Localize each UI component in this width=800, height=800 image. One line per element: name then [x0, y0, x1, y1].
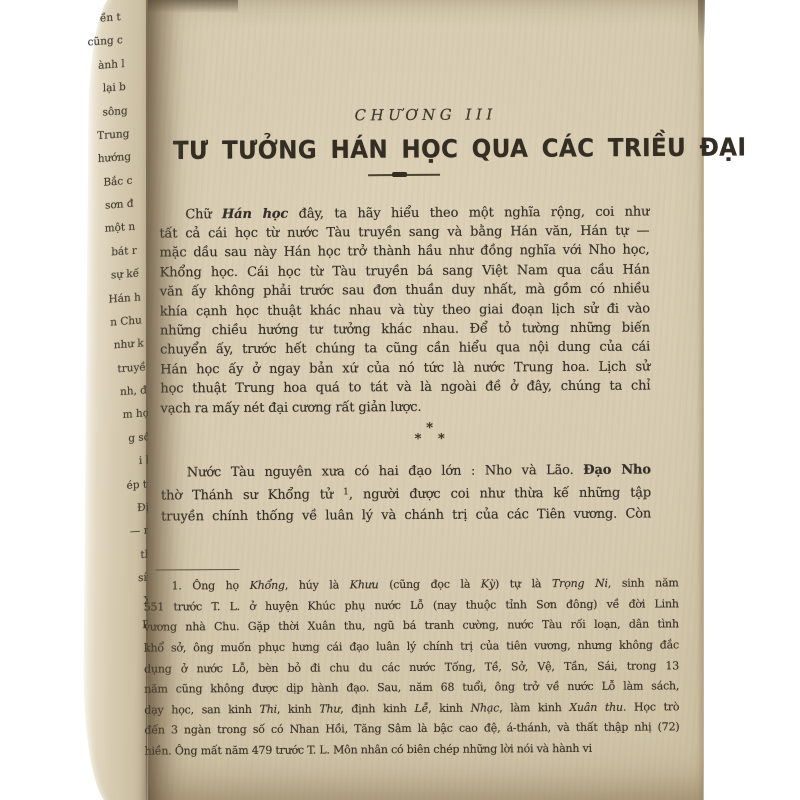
book-photo: ền tcũng cành llại bsôngTrunghướngBắc cs… [0, 0, 800, 800]
italic-name: Trọng Ni [552, 577, 608, 590]
paragraph-1-lines: tất cả cái học từ nước Tàu truyền sang v… [159, 221, 650, 418]
text-run: , kinh [428, 701, 471, 714]
body-text-line: vạch ra mấy nét đại cương rất giản lược. [160, 396, 650, 418]
footnote-middle-lines: 551 trước T. L. ở huyện Khúc phụ nước Lỗ… [144, 594, 680, 700]
page-right-edge [697, 0, 704, 800]
text-fragment: Bắc c [103, 174, 132, 188]
italic-book-name: Xuân thu [569, 700, 623, 713]
page-content: CHƯƠNG III TƯ TƯỞNG HÁN HỌC QUA CÁC TRIỀ… [158, 0, 653, 762]
asterism-bottom: * * [161, 433, 651, 447]
text-run: , người được coi như thừa kế những tập [349, 486, 651, 503]
body-text-line: truyền chính thống về luân lý và chánh t… [161, 504, 651, 528]
italic-name: Kỳ [481, 578, 495, 591]
footnote: 1. Ông họ Khổng, húy là Khưu (cũng đọc l… [144, 574, 680, 763]
italic-book-name: Lễ [414, 702, 428, 715]
asterism-separator: * * * [161, 422, 651, 447]
italic-name: Khổng [250, 579, 285, 592]
paragraph-2: Nước Tàu nguyên xưa có hai đạo lớn : Nho… [161, 460, 651, 528]
page-corner-shadow [698, 0, 705, 48]
text-fragment: sơn đ [105, 198, 134, 212]
text-run: 1. Ông họ [172, 579, 250, 592]
text-run: thờ Thánh sư Khổng tử [161, 487, 343, 503]
italic-book-name: Nhạc [471, 701, 500, 714]
footnote-line: hiền. Ông mất năm 479 trước T. L. Môn nh… [145, 738, 680, 762]
text-run: , định kinh [340, 702, 414, 715]
body-text-line: học thuật Trung hoa quá to tát và là ngo… [160, 377, 650, 399]
footnote-line: đến 3 ngàn trong số có Nhan Hồi, Tăng Sâ… [144, 718, 679, 742]
bold-text: Đạo Nho [583, 463, 651, 478]
italic-book-name: Thi [260, 703, 277, 716]
text-run: . Học trò [623, 700, 679, 713]
chapter-title: TƯ TƯỞNG HÁN HỌC QUA CÁC TRIỀU ĐẠI [159, 134, 649, 165]
footnote-line: khổ sở, ông muốn phục hưng cái đạo luân … [144, 635, 679, 659]
text-run: , húy là [285, 579, 350, 592]
text-run: , kinh [277, 702, 320, 715]
text-run: Chữ [185, 207, 222, 222]
text-fragment: n Chu [110, 314, 142, 328]
text-fragment: hướng [97, 151, 130, 165]
footnote-divider [155, 569, 239, 571]
text-run: đây, ta hãy hiểu theo một nghĩa rộng, co… [288, 204, 649, 221]
text-fragment: ền t [100, 11, 121, 24]
footnote-tail-lines: đến 3 ngàn trong số có Nhan Hồi, Tăng Sâ… [144, 718, 679, 762]
italic-name: Khưu [350, 578, 379, 591]
text-run: dạy học, san kinh [144, 703, 259, 717]
text-fragment: nh, đ [120, 384, 147, 398]
text-run: Nước Tàu nguyên xưa có hai đạo lớn : Nho… [187, 463, 583, 480]
chapter-heading: CHƯƠNG III [158, 0, 649, 125]
emphasis-text: Hán học [222, 206, 288, 221]
text-fragment: lại b [103, 81, 126, 95]
text-fragment: ành l [98, 58, 125, 72]
text-fragment: như k [114, 338, 144, 352]
italic-book-name: Thư [319, 702, 340, 715]
text-fragment: bát r [112, 244, 138, 258]
previous-page-edge: ền tcũng cành llại bsôngTrunghướngBắc cs… [82, 0, 153, 800]
title-underline [368, 174, 440, 176]
text-fragment: sông [102, 104, 127, 118]
body-text-line: Nước Tàu nguyên xưa có hai đạo lớn : Nho… [161, 460, 651, 484]
text-run: (cũng đọc là [378, 578, 481, 592]
text-fragment: sự kế [111, 268, 139, 282]
text-fragment: Hán h [108, 291, 140, 305]
text-fragment: Trung [97, 128, 129, 142]
text-fragment: truyề [117, 361, 146, 375]
text-run: ) tự là [495, 577, 552, 590]
text-run: , làm kinh [499, 701, 569, 714]
book-page: CHƯƠNG III TƯ TƯỞNG HÁN HỌC QUA CÁC TRIỀ… [148, 0, 704, 800]
body-text-line: thờ Thánh sư Khổng tử 1, người được coi … [161, 481, 651, 507]
text-fragment: một n [105, 221, 136, 235]
text-fragment: cũng c [87, 34, 122, 48]
text-fragment: m họ [122, 408, 149, 422]
title-underline-blob [392, 172, 407, 177]
body-text-line: văn ấy không phải trước sau đơn thuần du… [160, 280, 650, 302]
text-run: , sinh năm [608, 577, 679, 590]
paragraph-1: Chữ Hán học đây, ta hãy hiểu theo một ng… [159, 202, 650, 418]
